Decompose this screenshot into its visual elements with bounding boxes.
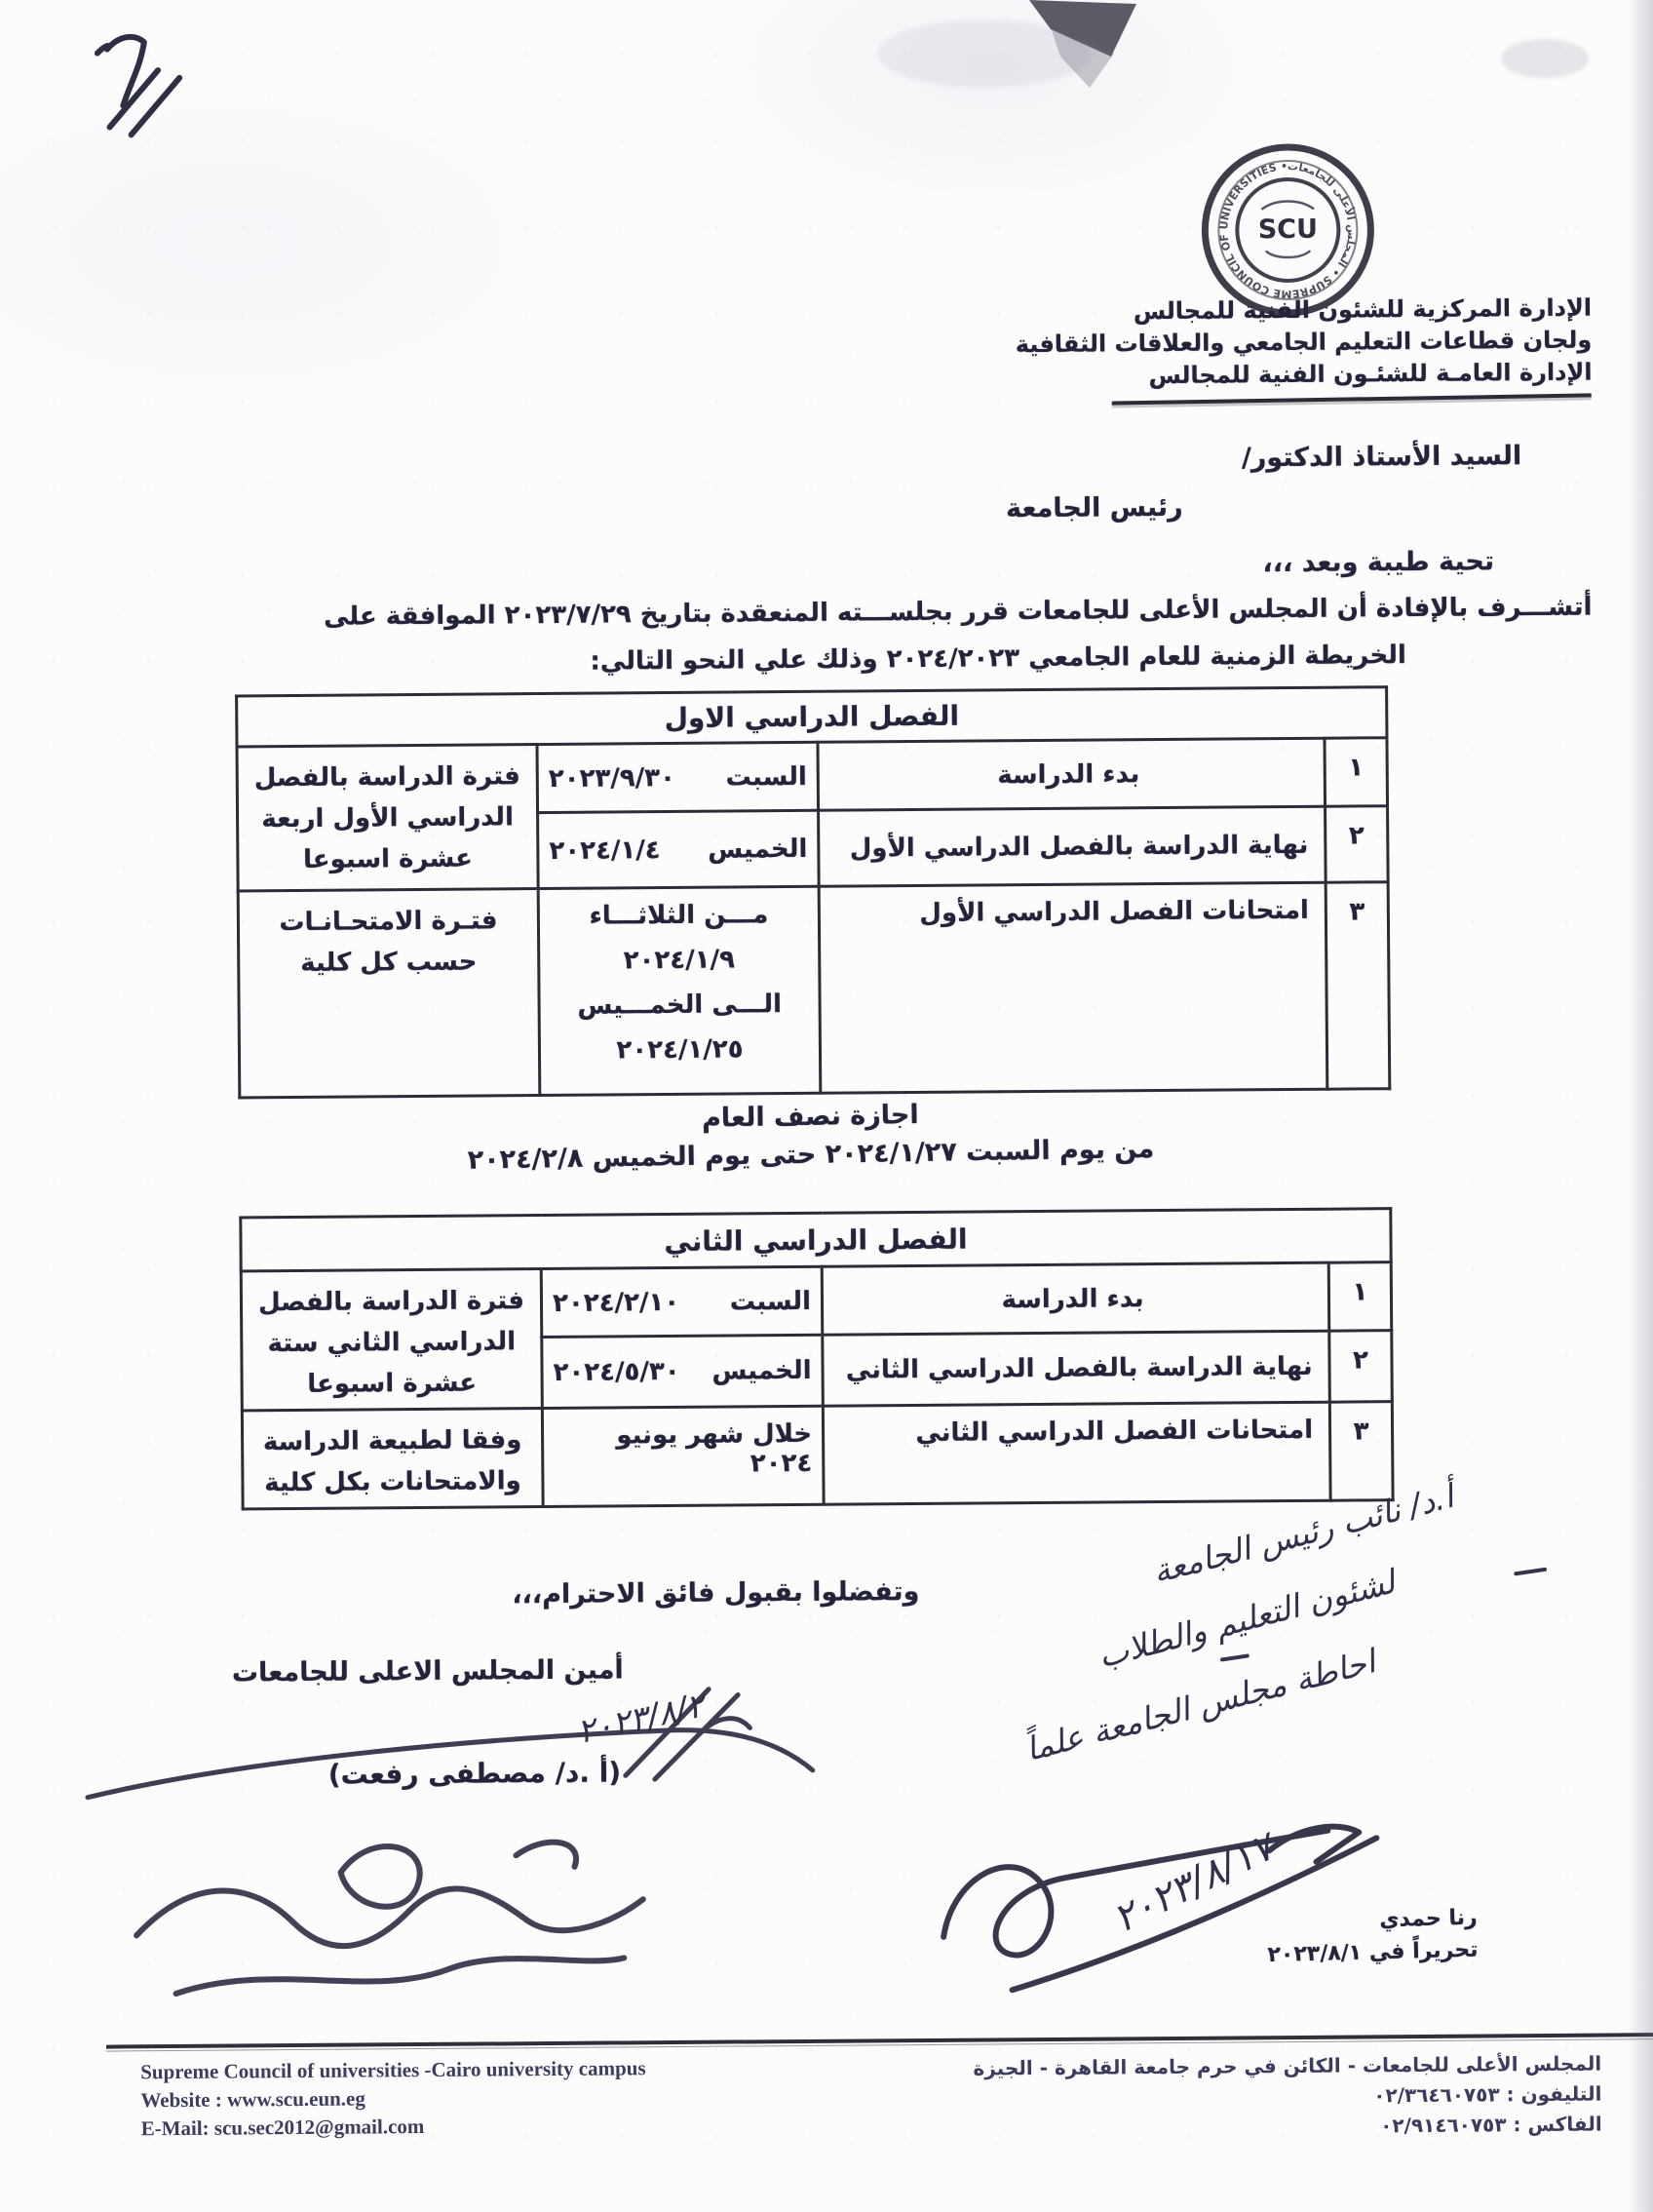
clerk-name: رنا حمدي xyxy=(1266,1902,1478,1939)
exam-date-line: ٢٠٢٤/١/٢٥ xyxy=(551,1027,809,1073)
second-semester-table: الفصل الدراسي الثاني ١ بدء الدراسة السبت… xyxy=(239,1207,1394,1510)
exam-period-note: فتـرة الامتحـانـات حسب كل كلية xyxy=(238,889,540,1098)
row-number: ١ xyxy=(1325,738,1388,807)
table-title: الفصل الدراسي الثاني xyxy=(241,1209,1391,1271)
signatory-name: (أ .د/ مصطفى رفعت) xyxy=(328,1756,621,1790)
footer-email: E-Mail: scu.sec2012@gmail.com xyxy=(141,2111,647,2143)
scanned-letter-page: ٣ المجلس الأعلى للجامعات • SUPREME COUNC… xyxy=(0,0,1653,2212)
letterhead-line: الإدارة العامـة للشئـون الفنية للمجالس xyxy=(1016,357,1593,394)
row-number: ١ xyxy=(1328,1262,1392,1332)
exam-nature-note: وفقا لطبيعة الدراسة والامتحانات بكل كلية xyxy=(242,1409,543,1509)
row-item: بدء الدراسة xyxy=(822,1262,1329,1336)
footer-fax: الفاكس : ٠٢/٩١٤٦٠٧٥٣ xyxy=(974,2110,1602,2145)
row-date: ٢٠٢٤/١/٤ xyxy=(549,835,660,866)
handwritten-scrawl-left xyxy=(114,1809,681,2037)
exam-date-line: مـــن الثلاثـــاء xyxy=(550,892,808,939)
handwritten-page-number: ٣ xyxy=(47,10,213,151)
letterhead: الإدارة المركزية للشئون الفنية للمجالس و… xyxy=(1015,292,1592,394)
exam-date: خلال شهر يونيو ٢٠٢٤ xyxy=(542,1406,824,1506)
handwritten-note: احاطة مجلس الجامعة علماً xyxy=(1021,1642,1379,1768)
clerk-block: رنا حمدي تحريراً في ٢٠٢٣/٨/١ xyxy=(1266,1902,1479,1971)
study-period-note: فترة الدراسة بالفصل الدراسي الثاني ستة ع… xyxy=(241,1269,542,1411)
row-day: الخميس xyxy=(708,834,807,864)
row-day: السبت xyxy=(730,1287,812,1317)
footer-english: Supreme Council of universities -Cairo u… xyxy=(140,2054,646,2143)
row-date: ٢٠٢٤/٥/٣٠ xyxy=(553,1357,679,1387)
clerk-dated: تحريراً في ٢٠٢٣/٨/١ xyxy=(1267,1934,1479,1971)
row-item: بدء الدراسة xyxy=(818,738,1326,810)
footer-arabic: المجلس الأعلى للجامعات - الكائن في حرم ج… xyxy=(973,2049,1601,2145)
body-line-1: أتشـــرف بالإفادة أن المجلس الأعلى للجام… xyxy=(324,593,1593,632)
vacation-block: اجازة نصف العام من يوم السبت ٢٠٢٤/١/٢٧ ح… xyxy=(235,1092,1386,1180)
row-day: الخميس xyxy=(711,1356,811,1386)
footer-phone: التليفون : ٠٢/٣٦٤٦٠٧٥٣ xyxy=(974,2079,1602,2115)
row-day: السبت xyxy=(725,761,807,792)
table-title: الفصل الدراسي الاول xyxy=(237,687,1387,747)
footer-address-ar: المجلس الأعلى للجامعات - الكائن في حرم ج… xyxy=(973,2049,1601,2084)
body-line-2: الخريطة الزمنية للعام الجامعي ٢٠٢٤/٢٠٢٣ … xyxy=(590,640,1406,677)
letterhead-line: الإدارة المركزية للشئون الفنية للمجالس xyxy=(1015,292,1592,330)
scan-corner-artifact xyxy=(1021,0,1148,97)
row-item: امتحانات الفصل الدراسي الأول xyxy=(819,882,1327,1093)
row-number: ٣ xyxy=(1326,882,1390,1089)
salutation-title: السيد الأستاذ الدكتور/ xyxy=(1242,441,1522,473)
row-date: ٢٠٢٣/٩/٣٠ xyxy=(549,762,675,793)
letterhead-rule xyxy=(1112,393,1592,405)
greeting: تحية طيبة وبعد ،،، xyxy=(1262,546,1494,578)
seal-monogram: SCU xyxy=(1258,214,1318,245)
exam-date-line: ٢٠٢٤/١/٩ xyxy=(550,937,808,984)
exam-date-line: الـــى الخمـــيس xyxy=(550,982,808,1028)
first-semester-table: الفصل الدراسي الاول ١ بدء الدراسة السبت … xyxy=(235,685,1391,1099)
row-number: ٢ xyxy=(1329,1331,1393,1402)
closing-phrase: وتفضلوا بقبول فائق الاحترام،،، xyxy=(512,1576,919,1610)
letterhead-line: ولجان قطاعات التعليم الجامعي والعلاقات ا… xyxy=(1016,325,1593,362)
footer-address-en: Supreme Council of universities -Cairo u… xyxy=(140,2054,646,2086)
study-period-note: فترة الدراسة بالفصل الدراسي الأول اربعة … xyxy=(237,745,538,891)
row-item: امتحانات الفصل الدراسي الثاني xyxy=(823,1402,1330,1504)
footer-website: Website : www.scu.eun.eg xyxy=(140,2082,646,2115)
scan-edge-shadow xyxy=(1628,0,1653,2212)
row-item: نهاية الدراسة بالفصل الدراسي الأول xyxy=(819,806,1326,886)
row-item: نهاية الدراسة بالفصل الدراسي الثاني xyxy=(823,1332,1330,1407)
row-number: ٢ xyxy=(1326,806,1389,883)
row-date: ٢٠٢٤/٢/١٠ xyxy=(553,1288,679,1318)
secretary-signature xyxy=(79,1673,840,1829)
salutation-recipient: رئيس الجامعة xyxy=(1006,492,1183,524)
